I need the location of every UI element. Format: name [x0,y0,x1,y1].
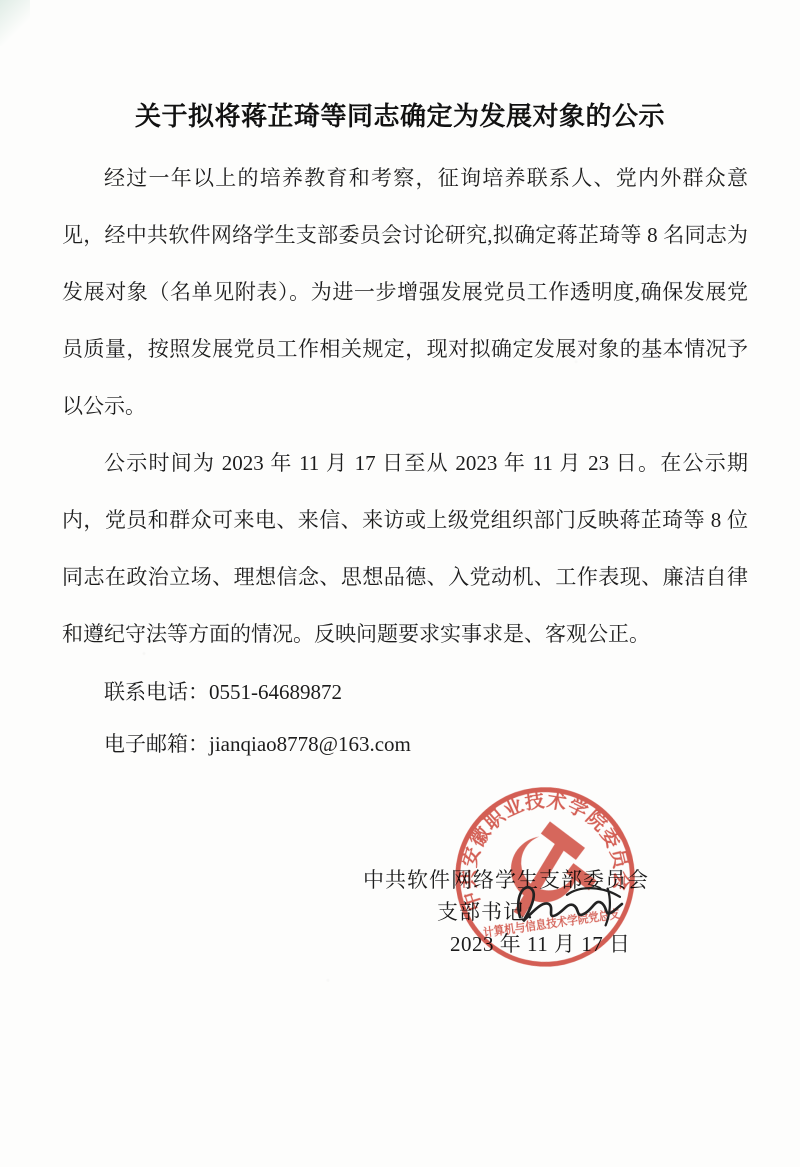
paragraph-publicity-period: 公示时间为 2023 年 11 月 17 日至从 2023 年 11 月 23 … [62,435,748,663]
contact-email-line: 电子邮箱：jianqiao8778@163.com [62,721,748,767]
notice-body: 经过一年以上的培养教育和考察，征询培养联系人、党内外群众意见，经中共软件网络学生… [62,150,748,767]
contact-phone-label: 联系电话： [104,680,209,704]
handwritten-signature [514,876,626,934]
scan-corner-artifact [0,0,30,46]
paragraph-intro: 经过一年以上的培养教育和考察，征询培养联系人、党内外群众意见，经中共软件网络学生… [62,150,748,435]
contact-email-value: jianqiao8778@163.com [209,732,411,756]
notice-title: 关于拟将蒋芷琦等同志确定为发展对象的公示 [0,96,800,133]
contact-phone-line: 联系电话：0551-64689872 [62,669,748,715]
scanned-notice-page: 关于拟将蒋芷琦等同志确定为发展对象的公示 经过一年以上的培养教育和考察，征询培养… [0,0,800,1167]
contact-email-label: 电子邮箱： [104,732,209,756]
contact-phone-value: 0551-64689872 [209,680,342,704]
